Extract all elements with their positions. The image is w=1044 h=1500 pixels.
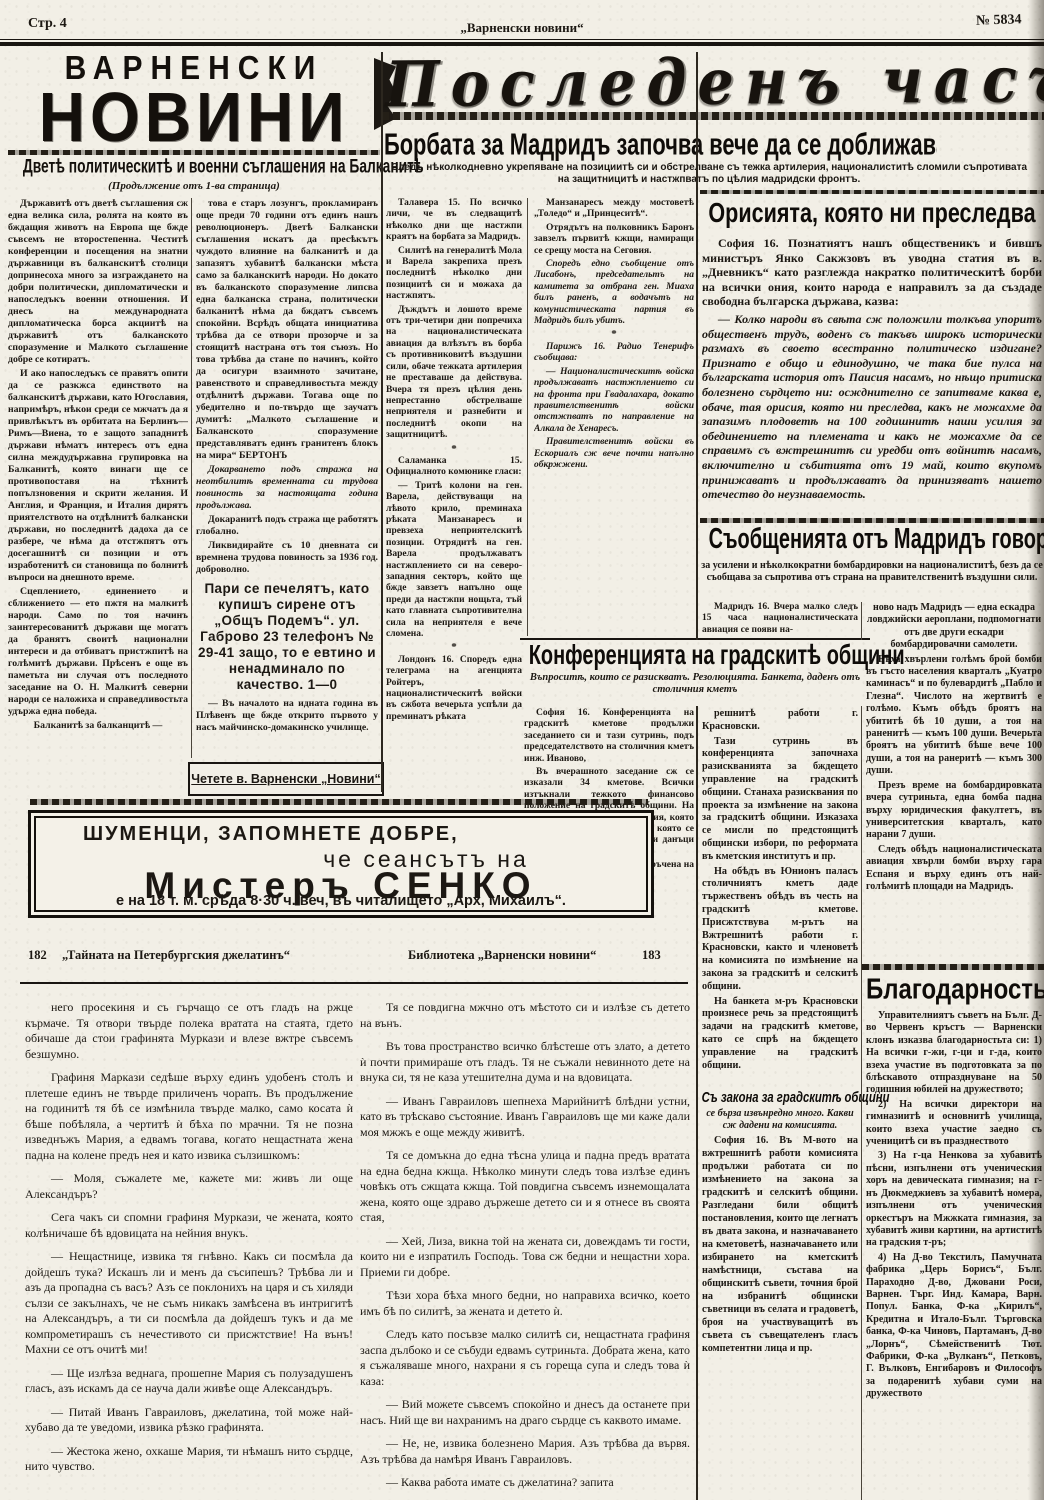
paragraph: — Ще излѣза веднага, прошепне Мария съ п… [25,1366,353,1397]
paragraph: Тази сутринь въ конференцията започнаха … [702,736,858,864]
running-title: „Варненски новини“ [0,20,1044,36]
paragraph: Пари се печелятъ, като купишъ сирене отъ… [196,581,378,693]
paragraph: Тя се домъкна до една тѣсна улица и падн… [360,1148,690,1226]
paragraph: Докарването подъ стража на неотбилитѣ вр… [196,464,378,512]
paragraph: 4) На Д-во Текстилъ, Памучната фабрика „… [866,1252,1042,1401]
paragraph: Ликвидирайте съ 10 дневната си времнена … [196,540,378,576]
read-varnenski-novini-box: Четете в. Варненски „Новини“ [188,762,384,796]
paragraph: * [386,642,522,653]
paragraph: Следъ обѣдъ националистическата авиация … [866,844,1042,894]
paragraph: — Питай Иванъ Гавраиловъ, джелатина, той… [25,1405,353,1436]
paragraph: — Хей, Лиза, викна той на жената си, дов… [360,1234,690,1281]
paragraph: — Тритѣ колони на ген. Варела, действува… [386,481,522,641]
ad-top-band [30,799,648,805]
gratitude-section-title: Благодарность [866,973,1042,1007]
paragraph: Мадридъ 16. Вчера малко следъ 15 часа на… [702,602,858,636]
paragraph: решнитѣ работи г. Красновски. [702,708,858,734]
paragraph: Талавера 15. По всичко личи, че въ следв… [386,198,522,244]
column-divider [861,706,862,1500]
column-divider [696,706,698,1500]
paragraph: — Колко народи въ свѣта сж положили толк… [702,312,1042,502]
madrid-reports-title: Съобщенията отъ Мадридъ говорятъ [709,524,1036,556]
orisia-section-body: София 16. Познатиятъ нашъ общественикъ и… [702,236,1042,520]
paragraph: Презъ време на бомбардировката вчера сут… [866,780,1042,842]
madrid-reports-top-rule [700,518,1044,523]
paragraph: Споредъ едно съобщение отъ Лисабонъ, пре… [534,259,694,327]
paragraph: София 16. Конференцията на градскитѣ кме… [524,708,694,765]
paragraph: Бѣха хвърлени голѣмъ брой бомби въ гъсто… [866,654,1042,778]
paragraph: Парижъ 16. Радио Тенерифъ съобщава: [534,342,694,365]
novel-library-label: Библиотека „Варненски новини“ [408,948,596,963]
paragraph: — Нещастнице, извика тя гнѣвно. Какъ си … [25,1249,353,1358]
masthead-rule [8,150,380,155]
orisia-section-title: Орисията, която ни преследва [705,197,1038,230]
municipal-law-deck: се бърза извънредно много. Какви сж даде… [700,1108,860,1131]
novel-title: „Тайната на Петербургския джелатинъ“ [62,948,290,963]
paragraph: — Иванъ Гавраиловъ шепнеха Марийнитѣ блѣ… [360,1094,690,1141]
paragraph: Силитѣ на генералитѣ Мола и Варела закре… [386,246,522,303]
paragraph: това е старъ лозунгъ, прокламиранъ още п… [196,198,378,462]
paragraph: — Каква работа имате съ джелатина? запит… [360,1475,690,1491]
paragraph: Тя се повдигна мжчно отъ мѣстото си и из… [360,1000,690,1031]
paragraph: — Въ началото на идната година въ Плѣвен… [196,698,378,734]
paragraph: София 16. Въ М-вото на вжтрешнитѣ работи… [702,1134,858,1355]
paragraph: — Не, не, извика болезнено Мария. Азъ тр… [360,1436,690,1467]
madrid-headline: Борбата за Мадридъ започва вече да се до… [384,126,937,163]
paragraph: * [534,329,694,340]
paragraph: Лондонъ 16. Споредъ една телеграма на аг… [386,655,522,723]
column-divider [527,198,528,636]
paragraph: На банкета м-ръ Красновски произнесе реч… [702,996,858,1073]
novel-column-right: Тя се повдигна мжчно отъ мѣстото си и из… [360,1000,690,1496]
paragraph: Дъждътъ и лошото време отъ три-четири дн… [386,305,522,442]
orisia-top-rule [700,190,1044,194]
madrid-reports-deck: за усилени и нѣколкократни бомбардировки… [700,560,1044,583]
column-divider [191,198,192,758]
paragraph: 2) На всички директори на гимназиитѣ и о… [866,1099,1042,1149]
paragraph: Правителственитѣ войски въ Ескориалъ сж … [534,437,694,471]
paragraph: Държавитѣ отъ дветѣ съглашения сж една в… [8,198,188,366]
paragraph: 3) На г-ца Ненкова за хубавитѣ пѣсни, из… [866,1150,1042,1249]
paragraph: Отрядътъ на полковникъ Баронъ завзелъ пъ… [534,223,694,257]
paragraph: него просекиня и съ гърчащо се отъ гладъ… [25,1000,353,1062]
paragraph: Сцеплението, единението и сближението — … [8,586,188,718]
paragraph: Въ това пространство всичко блѣстеше отъ… [360,1039,690,1086]
paragraph: Тѣзи хора бѣха много бедни, но направиха… [360,1288,690,1319]
paragraph: — Моля, съжалете ме, кажете ми: живъ ли … [25,1171,353,1202]
paragraph: На обѣдъ въ Юнионъ паласъ столичниятъ км… [702,866,858,994]
municipal-law-body: София 16. Въ М-вото на вжтрешнитѣ работи… [702,1134,858,1484]
masthead-title-line2: НОВИНИ [8,77,380,157]
balkans-column-1: Държавитѣ отъ дветѣ съглашения сж една в… [8,198,188,792]
mister-senko-ad: ШУМЕНЦИ, ЗАПОМНЕТЕ ДОБРЕ, че сеансътъ на… [28,810,654,918]
madrid-headline-deck: Следъ нѣколкодневно укрепяване на позици… [384,162,1034,185]
newspaper-page: Стр. 4 „Варненски новини“ № 5834 ВАРНЕНС… [0,0,1044,1500]
paragraph: Докаранитѣ подъ стража ще работятъ глоба… [196,514,378,538]
paragraph: Сега чакъ си спомни графиня Муркази, че … [25,1210,353,1241]
column-divider [696,52,698,640]
balkans-article-title: Дветѣ политическитѣ и военни съглашения … [23,155,365,177]
paragraph: Балканитѣ за балканцитѣ — [8,720,188,732]
paragraph: Графиня Маркази седѣше върху единъ удобе… [25,1070,353,1163]
ad-line-details: е на 18 т. м. срѣда 8·30 ч. веч, въ чита… [31,893,651,909]
balkans-column-2: това е старъ лозунгъ, прокламиранъ още п… [196,198,378,758]
madrid-front-column-2: Манзанаресъ между мостоветѣ „Толедо“ и „… [534,198,694,634]
paragraph: Управителниятъ съветъ на Бълг. Д-во Черв… [866,1010,1042,1097]
conference-column-b: решнитѣ работи г. Красновски.Тази сутрин… [702,708,858,1086]
novel-page-number-left: 182 [28,948,47,963]
gratitude-section-body: Управителниятъ съветъ на Бълг. Д-во Черв… [866,1010,1042,1484]
paragraph: — Жестока жено, охкаше Мария, ти нѣмашъ … [25,1444,353,1475]
paragraph: Следъ като посъвзе малко силитѣ си, неща… [360,1327,690,1389]
column-divider [381,52,383,792]
last-hour-script-banner: Последенъ часъ [385,43,1044,135]
paragraph: — Националистическитѣ войска продължават… [534,367,694,435]
issue-number: № 5834 [976,12,1022,30]
novel-column-left: него просекиня и съ гърчащо се отъ гладъ… [25,1000,353,1496]
conference-section-title: Конференцията на градскитѣ общини [529,640,862,671]
novel-header-rule [20,982,688,984]
gratitude-top-rule [862,964,1044,970]
conference-section-deck: Въпроситѣ, които се разискватъ. Резолюци… [522,672,868,695]
paragraph: Манзанаресъ между мостоветѣ „Толедо“ и „… [534,198,694,221]
paragraph: София 16. Познатиятъ нашъ общественикъ и… [702,236,1042,309]
balkans-article-continuation-note: (Продължение отъ 1-ва страница) [8,180,380,192]
column-divider [861,602,862,640]
header-rule-thin [0,39,1044,40]
ad-line-shumentsi: ШУМЕНЦИ, ЗАПОМНЕТЕ ДОБРЕ, [83,823,459,846]
banner-underline-band [382,112,1044,120]
paragraph: Саламанка 15. Официалното комюнике гласи… [386,456,522,479]
paragraph: И ако напоследъкъ се правятъ опити да се… [8,368,188,584]
paragraph: — Вий можете съвсемъ спокойно и днесъ да… [360,1397,690,1428]
municipal-law-title: Съ закона за градскитѣ общини [702,1091,859,1106]
novel-page-number-right: 183 [642,948,661,963]
paragraph: * [386,444,522,455]
madrid-front-column-1: Талавера 15. По всичко личи, че въ следв… [386,198,522,792]
